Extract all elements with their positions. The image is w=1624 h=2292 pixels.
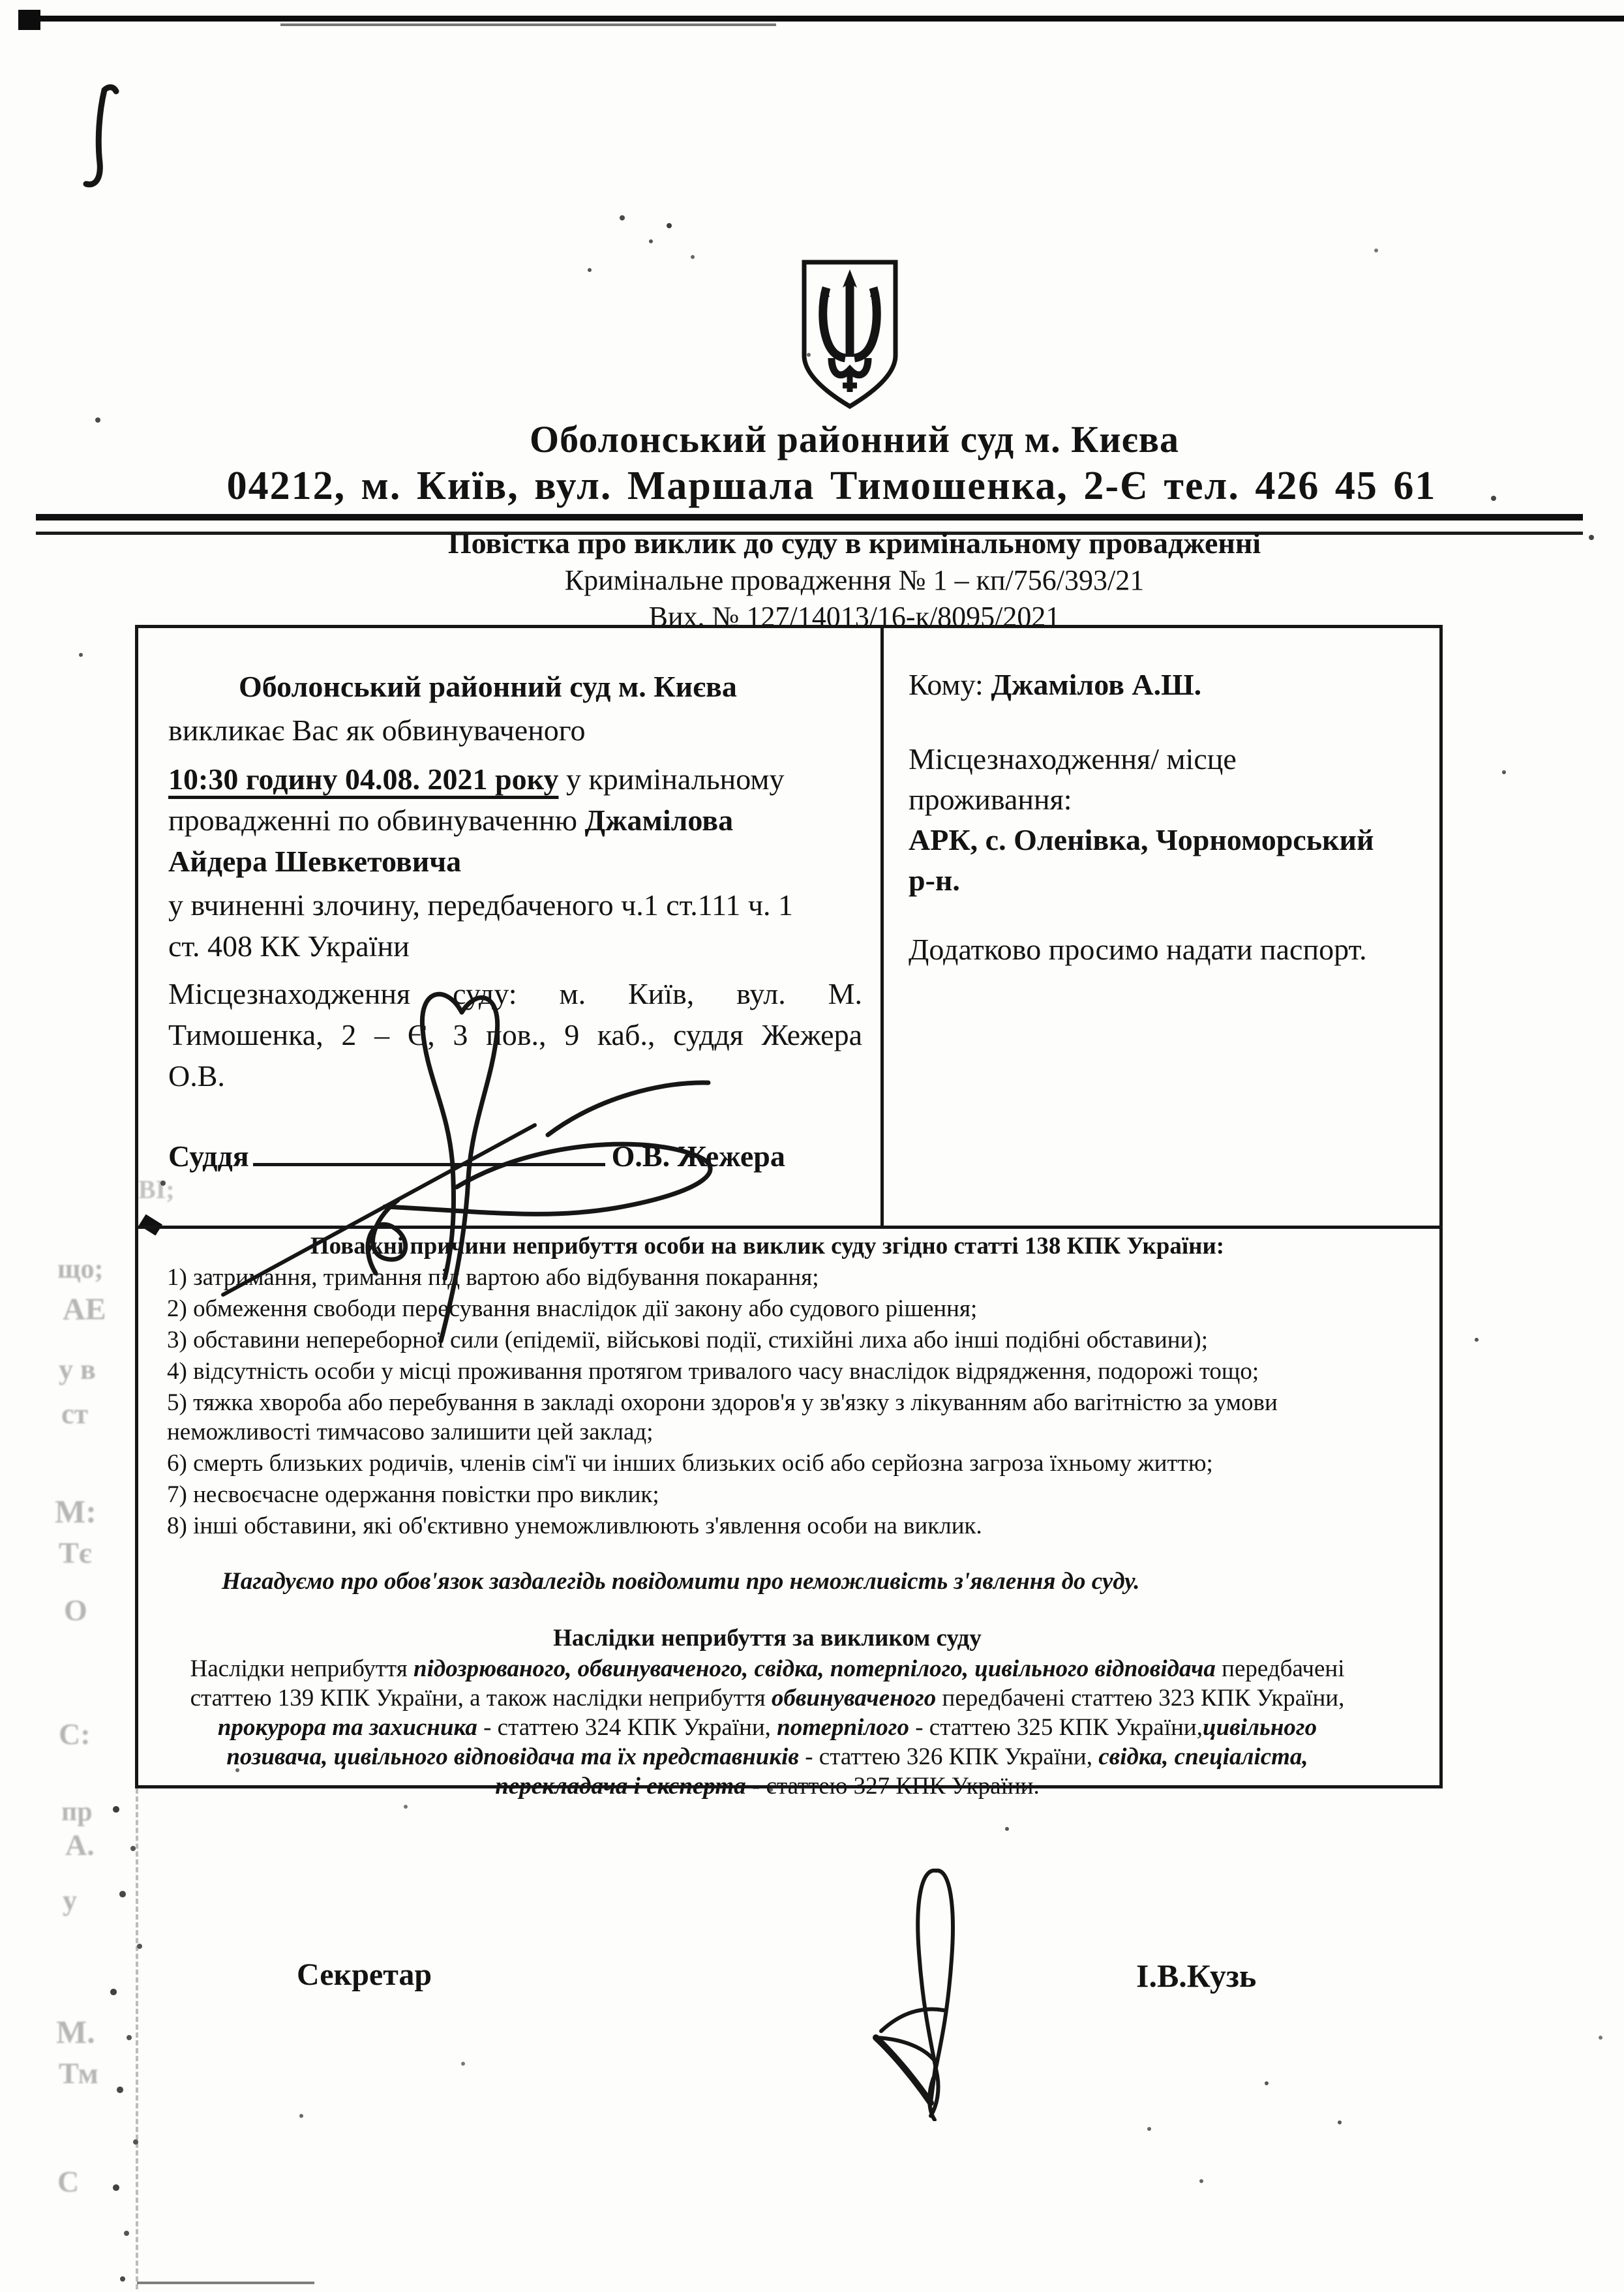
ghost-text: О xyxy=(64,1593,87,1627)
ghost-text: у xyxy=(63,1884,77,1917)
residence-value: АРК, с. Оленівка, Чорноморський р-н. xyxy=(909,820,1387,901)
ghost-text: Тє xyxy=(59,1535,92,1570)
passport-note: Додатково просимо надати паспорт. xyxy=(909,929,1387,970)
ghost-text: С: xyxy=(59,1717,91,1751)
scan-noise-speckles xyxy=(0,0,3,3)
scan-bottom-mark xyxy=(137,2282,314,2284)
addressee-line: Кому: Джамілов А.Ш. xyxy=(909,665,1387,705)
ghost-text: пр xyxy=(61,1796,93,1828)
crime-article-line-2: ст. 408 КК України xyxy=(168,926,862,967)
reason-item: 5) тяжка хвороба або перебування в закла… xyxy=(167,1388,1368,1447)
addressee-cell: Кому: Джамілов А.Ш. Місцезнаходження/ мі… xyxy=(884,628,1439,1226)
court-name-heading: Оболонський районний суд м. Києва xyxy=(85,417,1624,461)
case-number-line: Кримінальне провадження № 1 – кп/756/393… xyxy=(85,564,1624,597)
accusation-line: провадженні по обвинуваченню Джамілова xyxy=(168,800,862,841)
scanned-court-summons-page: що; АЕ у в ст М: Тє О С: пр А. у М. Тм С… xyxy=(0,0,1624,2292)
summoning-court-line: Оболонський районний суд м. Києва xyxy=(168,666,862,707)
accused-name-line: Айдера Шевкетовича xyxy=(168,841,862,882)
reason-item: 7) несвоєчасне одержання повістки про ви… xyxy=(167,1480,1368,1509)
consequences-paragraph: Наслідки неприбуття підозрюваного, обвин… xyxy=(167,1654,1368,1801)
ghost-text: М: xyxy=(55,1492,97,1530)
hearing-datetime-line: 10:30 годину 04.08. 2021 року у кримінал… xyxy=(168,759,862,800)
ghost-text: у в xyxy=(59,1353,96,1386)
ghost-text: М. xyxy=(56,2013,95,2051)
ghost-text: Тм xyxy=(59,2056,98,2090)
judge-signature xyxy=(183,972,730,1363)
ghost-text: С xyxy=(57,2164,79,2199)
scan-top-edge-line-echo xyxy=(280,23,776,26)
summons-intro-line: викликає Вас як обвинуваченого xyxy=(168,710,862,751)
scan-fold-line xyxy=(136,1788,138,2289)
document-title: Повістка про виклик до суду в кримінальн… xyxy=(85,526,1624,560)
residence-label: Місцезнаходження/ місце проживання: xyxy=(909,739,1300,820)
ukraine-coat-of-arms-icon xyxy=(797,258,903,412)
ghost-text: ст xyxy=(61,1397,88,1430)
reason-item: 8) інші обставини, які об'єктивно унемож… xyxy=(167,1511,1368,1541)
scan-corner-mark xyxy=(18,10,40,30)
secretary-name: І.В.Кузь xyxy=(1136,1957,1256,1995)
court-address-line: 04212, м. Київ, вул. Маршала Тимошенка, … xyxy=(39,463,1624,509)
secretary-label: Секретар xyxy=(297,1957,432,1993)
ghost-text: що; xyxy=(57,1254,103,1285)
scan-top-edge-line xyxy=(36,16,1624,22)
secretary-signature xyxy=(858,1860,1014,2121)
ghost-text: А. xyxy=(65,1828,95,1862)
consequences-heading: Наслідки неприбуття за викликом суду xyxy=(167,1623,1368,1653)
ghost-text: АЕ xyxy=(63,1291,106,1327)
advance-notice-reminder: Нагадуємо про обов'язок заздалегідь пові… xyxy=(167,1567,1368,1596)
pen-stroke-mark xyxy=(77,83,129,194)
reason-item: 6) смерть близьких родичів, членів сім'ї… xyxy=(167,1449,1368,1478)
crime-article-line-1: у вчиненні злочину, передбаченого ч.1 ст… xyxy=(168,884,862,926)
